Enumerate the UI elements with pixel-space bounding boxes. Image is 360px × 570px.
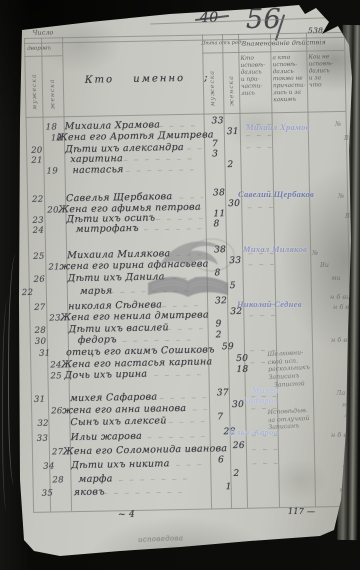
entry-dash-leader: ‒ ‒ ‒ ‒ ‒ ‒ ‒ ‒ xyxy=(145,325,205,334)
header-actions: Знаменованіе дѣйствія xyxy=(242,38,326,48)
entry-serial-female: 18 xyxy=(46,122,58,132)
entry-dash-leader: ‒ ‒ ‒ ‒ ‒ ‒ ‒ ‒ xyxy=(147,418,207,427)
entry-age-male: 59 xyxy=(222,342,234,352)
side-mark: № xyxy=(335,120,341,128)
entry-dash-leader: ‒ ‒ ‒ xyxy=(252,459,290,468)
entry-serial-male: 20 xyxy=(31,146,43,156)
entry-dash-leader: ‒ ‒ ‒ ‒ ‒ ‒ ‒ ‒ xyxy=(135,215,204,224)
side-mark: ми xyxy=(331,274,341,282)
side-mark: н б ви xyxy=(330,293,350,301)
footer-pencil-note: исповедова xyxy=(138,534,184,544)
entry-age-male: 9 xyxy=(215,319,221,329)
entry-dash-leader: ‒ ‒ ‒ ‒ ‒ ‒ ‒ ‒ xyxy=(133,371,207,380)
entry-serial-female: 25 xyxy=(50,371,62,381)
header-kto-imenno: Кто именно ; xyxy=(85,72,210,85)
entry-serial-male: 31 xyxy=(39,349,51,359)
header-age-muzheska: мужеска xyxy=(209,70,217,106)
entry-age-male: 33 xyxy=(212,116,224,126)
entry-age-male: 7 xyxy=(212,139,218,149)
entry-serial-female: 26 xyxy=(51,406,63,416)
entry-dash-leader: ‒ ‒ ‒ ‒ ‒ ‒ ‒ ‒ xyxy=(168,133,202,142)
entry-dash-leader: ‒ ‒ ‒ xyxy=(247,203,285,212)
entry-serial-female: 19 xyxy=(46,166,58,176)
entry-dash-leader: ‒ ‒ ‒ ‒ ‒ ‒ ‒ ‒ xyxy=(113,155,203,165)
previous-page-edge xyxy=(2,300,13,510)
entry-serial-male: 30 xyxy=(35,337,47,347)
side-mark: № xyxy=(312,249,318,257)
annotation-label: Михал Миляков xyxy=(243,244,307,254)
entry-dash-leader: ‒ ‒ ‒ ‒ ‒ ‒ ‒ ‒ xyxy=(187,447,208,455)
annotation-label: Николай Седнев xyxy=(237,299,302,309)
entry-serial-male: 34 xyxy=(43,461,55,471)
entry-dash-leader: ‒ ‒ ‒ ‒ ‒ ‒ ‒ ‒ xyxy=(138,394,207,403)
entry-age-male: 38 xyxy=(213,188,225,198)
header-chislo: Число xyxy=(26,28,60,37)
margin-note: Шелковни- ской исп. раскольникъ Записанъ xyxy=(267,349,310,382)
entry-age-female: 2 xyxy=(227,160,233,170)
entry-serial-male: 32 xyxy=(37,419,49,429)
entry-serial-male: 22 xyxy=(32,195,44,205)
entry-serial-female: 27 xyxy=(52,447,64,457)
entry-dash-leader: ‒ ‒ ‒ xyxy=(246,131,284,140)
entry-age-female: 31 xyxy=(227,127,239,137)
entry-age-female: 18 xyxy=(236,365,248,375)
entry-serial-male: 25 xyxy=(33,252,45,262)
entry-name: марья xyxy=(80,285,113,297)
entry-serial-male: 24 xyxy=(33,226,45,236)
entry-serial-male: 33 xyxy=(37,434,49,444)
header-col-muzheska: мужеска xyxy=(31,73,39,109)
entry-age-male: 1 xyxy=(226,482,232,492)
entry-serial-female: 24 xyxy=(50,360,62,370)
annotation-label: Сафаров xyxy=(243,395,278,405)
header-age-zhenska: женска xyxy=(228,75,236,106)
entry-serial-male: 26 xyxy=(34,275,46,285)
entry-age-female: 2 xyxy=(233,469,239,479)
entry-age-female: 26 xyxy=(233,441,245,451)
register-page: 40 56 538 Число дворовъ Кто именно ; Лѣт… xyxy=(0,0,360,570)
entry-serial-female: 28 xyxy=(52,475,64,485)
entry-serial-male: 23 xyxy=(32,216,44,226)
entry-dash-leader: ‒ ‒ ‒ ‒ ‒ ‒ ‒ ‒ xyxy=(103,488,209,498)
header-wide-col-text: Кто исповѣ- дались и при- части- лись xyxy=(240,55,269,98)
entry-serial-male: 22 xyxy=(22,288,34,298)
table-row-line xyxy=(202,50,344,54)
entry-dash-leader: ‒ ‒ ‒ xyxy=(252,445,290,454)
entry-dash-leader: ‒ ‒ ‒ ‒ ‒ ‒ ‒ ‒ xyxy=(165,205,203,214)
side-mark: № xyxy=(338,192,344,200)
entry-dash-leader: ‒ ‒ ‒ ‒ ‒ ‒ ‒ ‒ xyxy=(177,360,207,369)
entry-dash-leader: ‒ ‒ ‒ ‒ ‒ ‒ ‒ ‒ xyxy=(160,406,207,415)
side-mark: Ви xyxy=(320,261,329,269)
entry-serial-female: 23 xyxy=(49,313,61,323)
entry-age-male: 11 xyxy=(213,209,225,219)
entry-serial-male: 31 xyxy=(34,395,46,405)
entry-dash-leader: ‒ ‒ ‒ ‒ ‒ ‒ ‒ ‒ xyxy=(108,475,209,485)
annotation-label: Илья Жаров xyxy=(229,427,278,437)
side-mark: Ла xyxy=(336,389,345,397)
footer-right-mark: 117 — xyxy=(288,507,315,516)
entry-dash-leader: ‒ ‒ ‒ xyxy=(249,311,287,320)
entry-serial-female: 21 xyxy=(48,262,60,272)
header-wide-col-text: Кои не исповѣ- дались и за что xyxy=(308,54,343,90)
entry-serial-female: 20 xyxy=(47,205,59,215)
table-column-line xyxy=(306,33,316,507)
annotation-label: Михаил Храмов xyxy=(246,122,310,132)
header-dvorov: дворовъ xyxy=(27,45,51,51)
table-row-line xyxy=(26,111,346,118)
watermark-open-book-logo xyxy=(130,225,250,305)
footer-left-mark: ~ 4 xyxy=(118,510,135,520)
entry-dash-leader: ‒ ‒ ‒ xyxy=(248,260,286,269)
entry-dash-leader: ‒ ‒ ‒ ‒ ‒ ‒ ‒ ‒ xyxy=(155,145,202,154)
entry-name: яковъ xyxy=(74,487,105,499)
entry-dash-leader: ‒ ‒ ‒ ‒ ‒ ‒ ‒ ‒ xyxy=(171,313,205,322)
header-col-zhenska: женска xyxy=(49,79,57,110)
annotation-label: Михей xyxy=(252,385,279,395)
entry-dash-leader: ‒ ‒ ‒ ‒ ‒ ‒ ‒ ‒ xyxy=(177,348,206,357)
entry-serial-male: 27 xyxy=(34,303,46,313)
header-wide-col-text: а кто исповѣ- дались токмо не причасти- … xyxy=(272,55,305,105)
entry-age-male: 2 xyxy=(216,330,222,340)
entry-dash-leader: ‒ ‒ ‒ xyxy=(246,143,284,152)
entry-serial-male: 28 xyxy=(35,326,47,336)
entry-age-female: 30 xyxy=(228,199,240,209)
entry-dash-leader: ‒ ‒ ‒ ‒ ‒ ‒ ‒ ‒ xyxy=(126,433,208,443)
annotation-label: Савелий Щербаков xyxy=(238,189,314,199)
entry-age-female: 50 xyxy=(236,354,248,364)
entry-dash-leader: ‒ ‒ ‒ ‒ ‒ ‒ ‒ ‒ xyxy=(115,166,203,176)
entry-serial-male: 21 xyxy=(31,156,43,166)
entry-age-male: 3 xyxy=(212,149,218,159)
entry-age-male: 7 xyxy=(217,412,223,422)
entry-dash-leader: ‒ ‒ ‒ ‒ ‒ ‒ ‒ ‒ xyxy=(144,461,209,470)
table-row-line xyxy=(24,55,62,57)
entry-age-male: 6 xyxy=(218,455,224,465)
entry-serial-male: 35 xyxy=(42,489,54,499)
entry-age-male: 37 xyxy=(217,388,229,398)
